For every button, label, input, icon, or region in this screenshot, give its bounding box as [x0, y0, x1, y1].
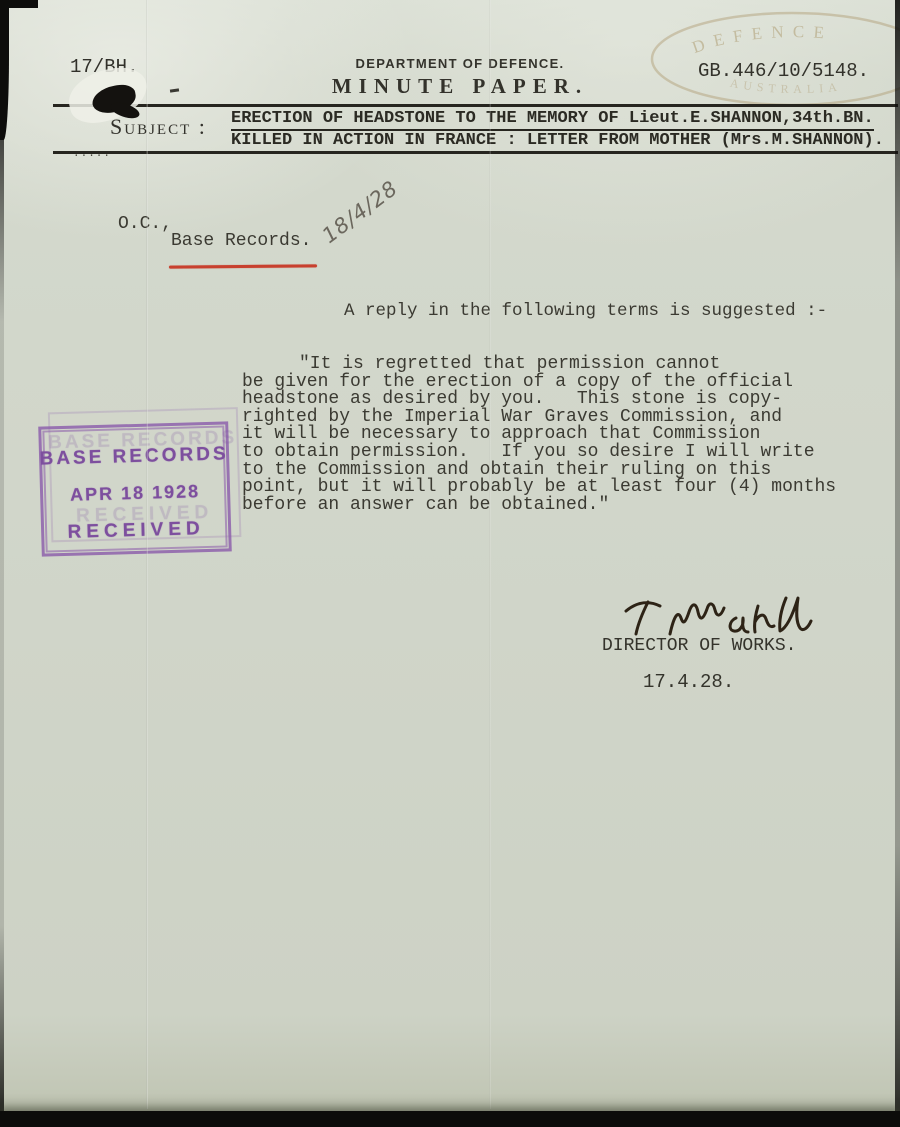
- handwritten-date: 18/4/28: [318, 176, 403, 248]
- oval-stamp-top-text: DEFENCE: [690, 22, 834, 57]
- subject-bottom-rule: [53, 151, 898, 154]
- signatory-title: DIRECTOR OF WORKS.: [602, 636, 796, 656]
- body-line: "It is regretted that permission cannot: [242, 356, 882, 374]
- scan-edge-left-strip: [0, 120, 4, 1127]
- doc-type-title: MINUTE PAPER.: [280, 74, 640, 99]
- scan-edge-right-strip: [895, 0, 900, 1127]
- base-records-received-stamp: BASE RECORDS RECEIVED BASE RECORDS APR 1…: [38, 421, 232, 556]
- scan-edge-left: [0, 0, 9, 140]
- addressee-oc: O.C.,: [118, 214, 172, 234]
- subject-label: Subject :: [110, 114, 207, 140]
- subject-line-2: KILLED IN ACTION IN FRANCE : LETTER FROM…: [231, 131, 884, 153]
- subject-line-1: ERECTION OF HEADSTONE TO THE MEMORY OF L…: [231, 109, 874, 131]
- signature-date: 17.4.28.: [643, 671, 734, 693]
- subject-dots: .....: [73, 148, 111, 160]
- subject-top-rule: [53, 104, 898, 107]
- reply-intro: A reply in the following terms is sugges…: [344, 301, 827, 321]
- fold-crease: [146, 0, 148, 1109]
- scanned-minute-paper: DEFENCE AUSTRALIA 17/BH. GB.446/10/5148.…: [0, 0, 900, 1127]
- addressee-base-records: Base Records.: [171, 231, 311, 251]
- file-ref-right: GB.446/10/5148.: [698, 60, 869, 82]
- department-title: DEPARTMENT OF DEFENCE.: [280, 56, 640, 71]
- fold-crease: [489, 0, 491, 1109]
- svg-text:DEFENCE: DEFENCE: [690, 22, 834, 57]
- ink-dash-artifact: [170, 88, 179, 92]
- body-line: before an answer can be obtained.": [242, 497, 882, 515]
- red-underline: [169, 264, 317, 268]
- reply-body: "It is regretted that permission cannot …: [242, 356, 882, 514]
- oval-defence-stamp: DEFENCE AUSTRALIA: [642, 6, 900, 112]
- scan-edge-bottom: [0, 1111, 900, 1127]
- body-line: to obtain permission. If you so desire I…: [242, 444, 882, 462]
